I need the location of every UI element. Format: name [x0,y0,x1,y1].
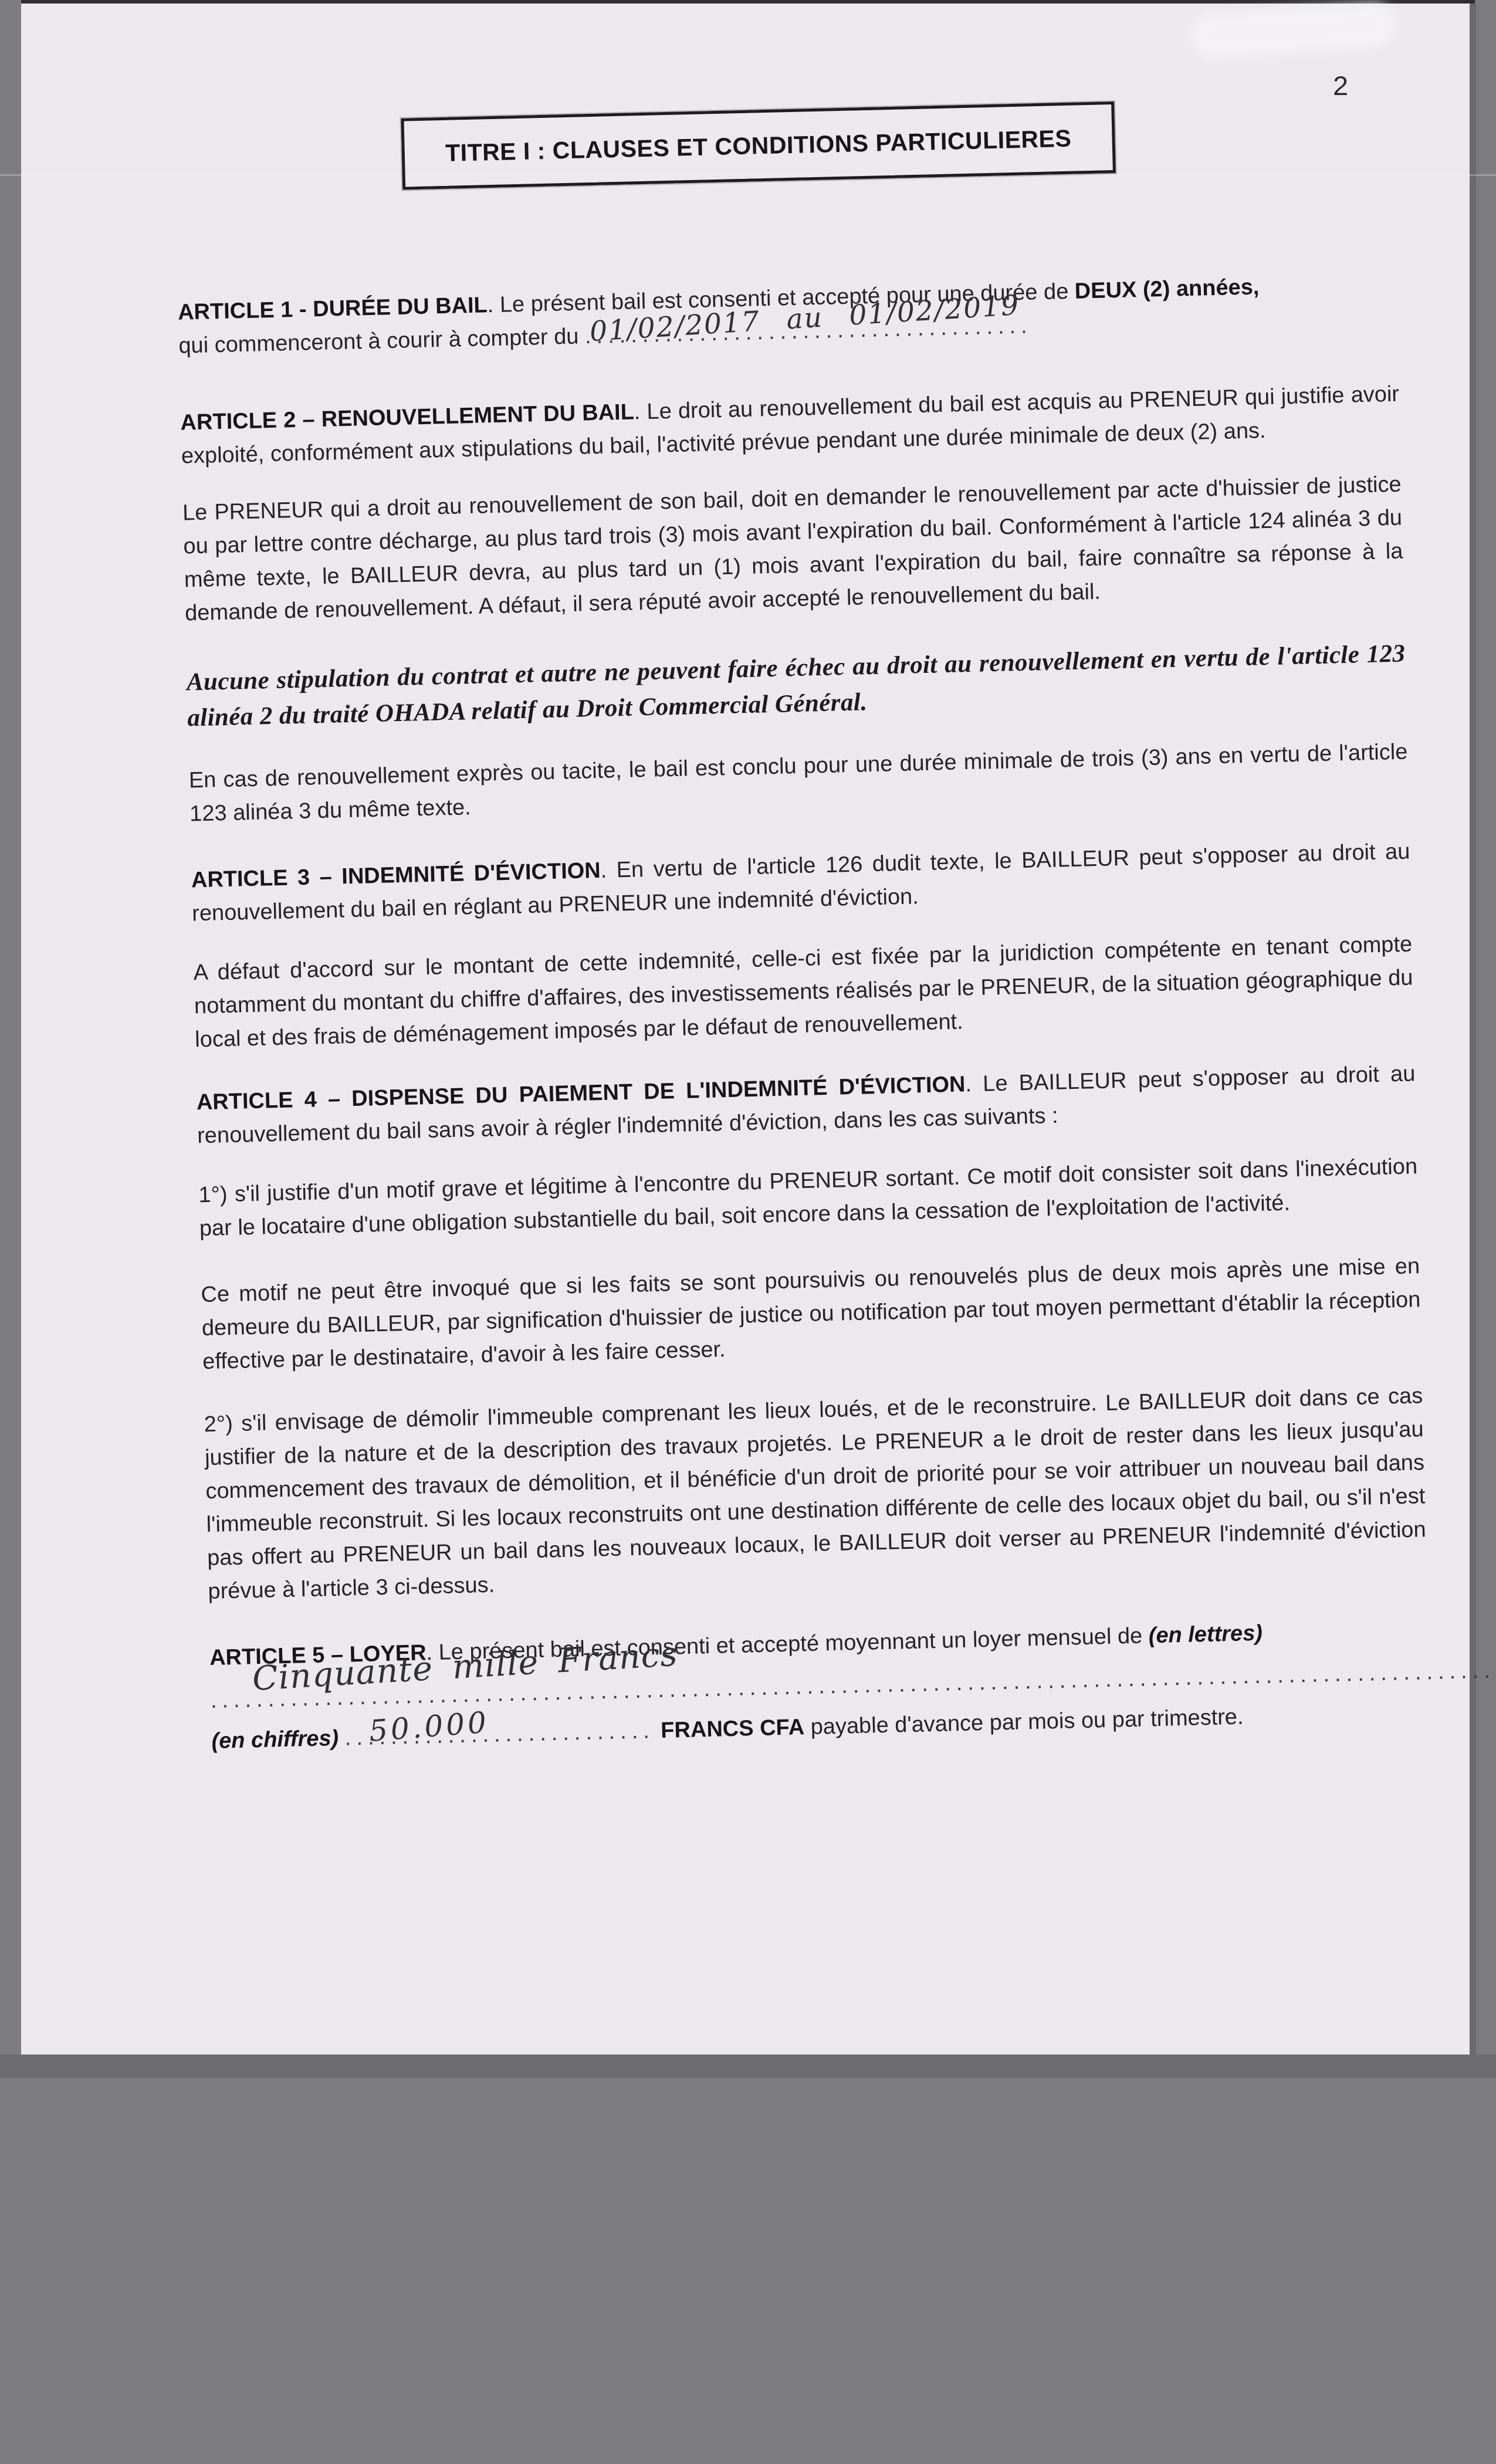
text-column: TITRE I : CLAUSES ET CONDITIONS PARTICUL… [174,95,1431,1758]
title-text: TITRE I : CLAUSES ET CONDITIONS PARTICUL… [445,124,1072,167]
page-content: TITRE I : CLAUSES ET CONDITIONS PARTICUL… [0,0,1496,2070]
article-5-tail: payable d'avance par mois ou par trimest… [804,1705,1244,1740]
article-1-heading: ARTICLE 1 - DURÉE DU BAIL [178,293,488,324]
article-4: ARTICLE 4 – DISPENSE DU PAIEMENT DE L'IN… [196,1057,1416,1153]
scanned-document: 2 TITRE I : CLAUSES ET CONDITIONS PARTIC… [0,0,1496,2464]
article-3-heading: ARTICLE 3 – INDEMNITÉ D'ÉVICTION [191,858,601,892]
article-5: ARTICLE 5 – LOYER. Le présent bail est c… [209,1613,1430,1758]
article-1: ARTICLE 1 - DURÉE DU BAIL. Le présent ba… [177,268,1397,363]
article-1-fill-in: .......................................0… [584,309,1033,353]
paragraph-ohada-italic: Aucune stipulation du contrat et autre n… [186,636,1406,736]
paragraph-defaut-accord: A défaut d'accord sur le montant de cett… [193,928,1414,1057]
en-chiffres-label: (en chiffres) [211,1726,339,1754]
article-2: ARTICLE 2 – RENOUVELLEMENT DU BAIL. Le d… [180,378,1400,473]
article-3: ARTICLE 3 – INDEMNITÉ D'ÉVICTION. En ver… [191,835,1411,930]
figures-fill-in: ...........................50.000 [344,1714,655,1755]
article-1-line2: qui commenceront à courir à compter du [178,324,585,358]
article-1-emphasis: DEUX (2) années, [1074,275,1260,303]
paragraph-en-cas-renouvellement: En cas de renouvellement exprès ou tacit… [188,736,1409,831]
title-box: TITRE I : CLAUSES ET CONDITIONS PARTICUL… [401,101,1116,190]
paragraph-motif-1: 1°) s'il justifie d'un motif grave et lé… [198,1150,1419,1245]
paragraph-ce-motif: Ce motif ne peut être invoqué que si les… [201,1250,1421,1379]
paragraph-motif-2: 2°) s'il envisage de démolir l'immeuble … [204,1379,1427,1609]
en-lettres-label: (en lettres) [1148,1621,1263,1649]
paragraph-preneur-renouvellement: Le PRENEUR qui a droit au renouvellement… [182,468,1404,631]
article-2-heading: ARTICLE 2 – RENOUVELLEMENT DU BAIL [180,400,634,435]
francs-cfa-label: FRANCS CFA [661,1715,805,1743]
